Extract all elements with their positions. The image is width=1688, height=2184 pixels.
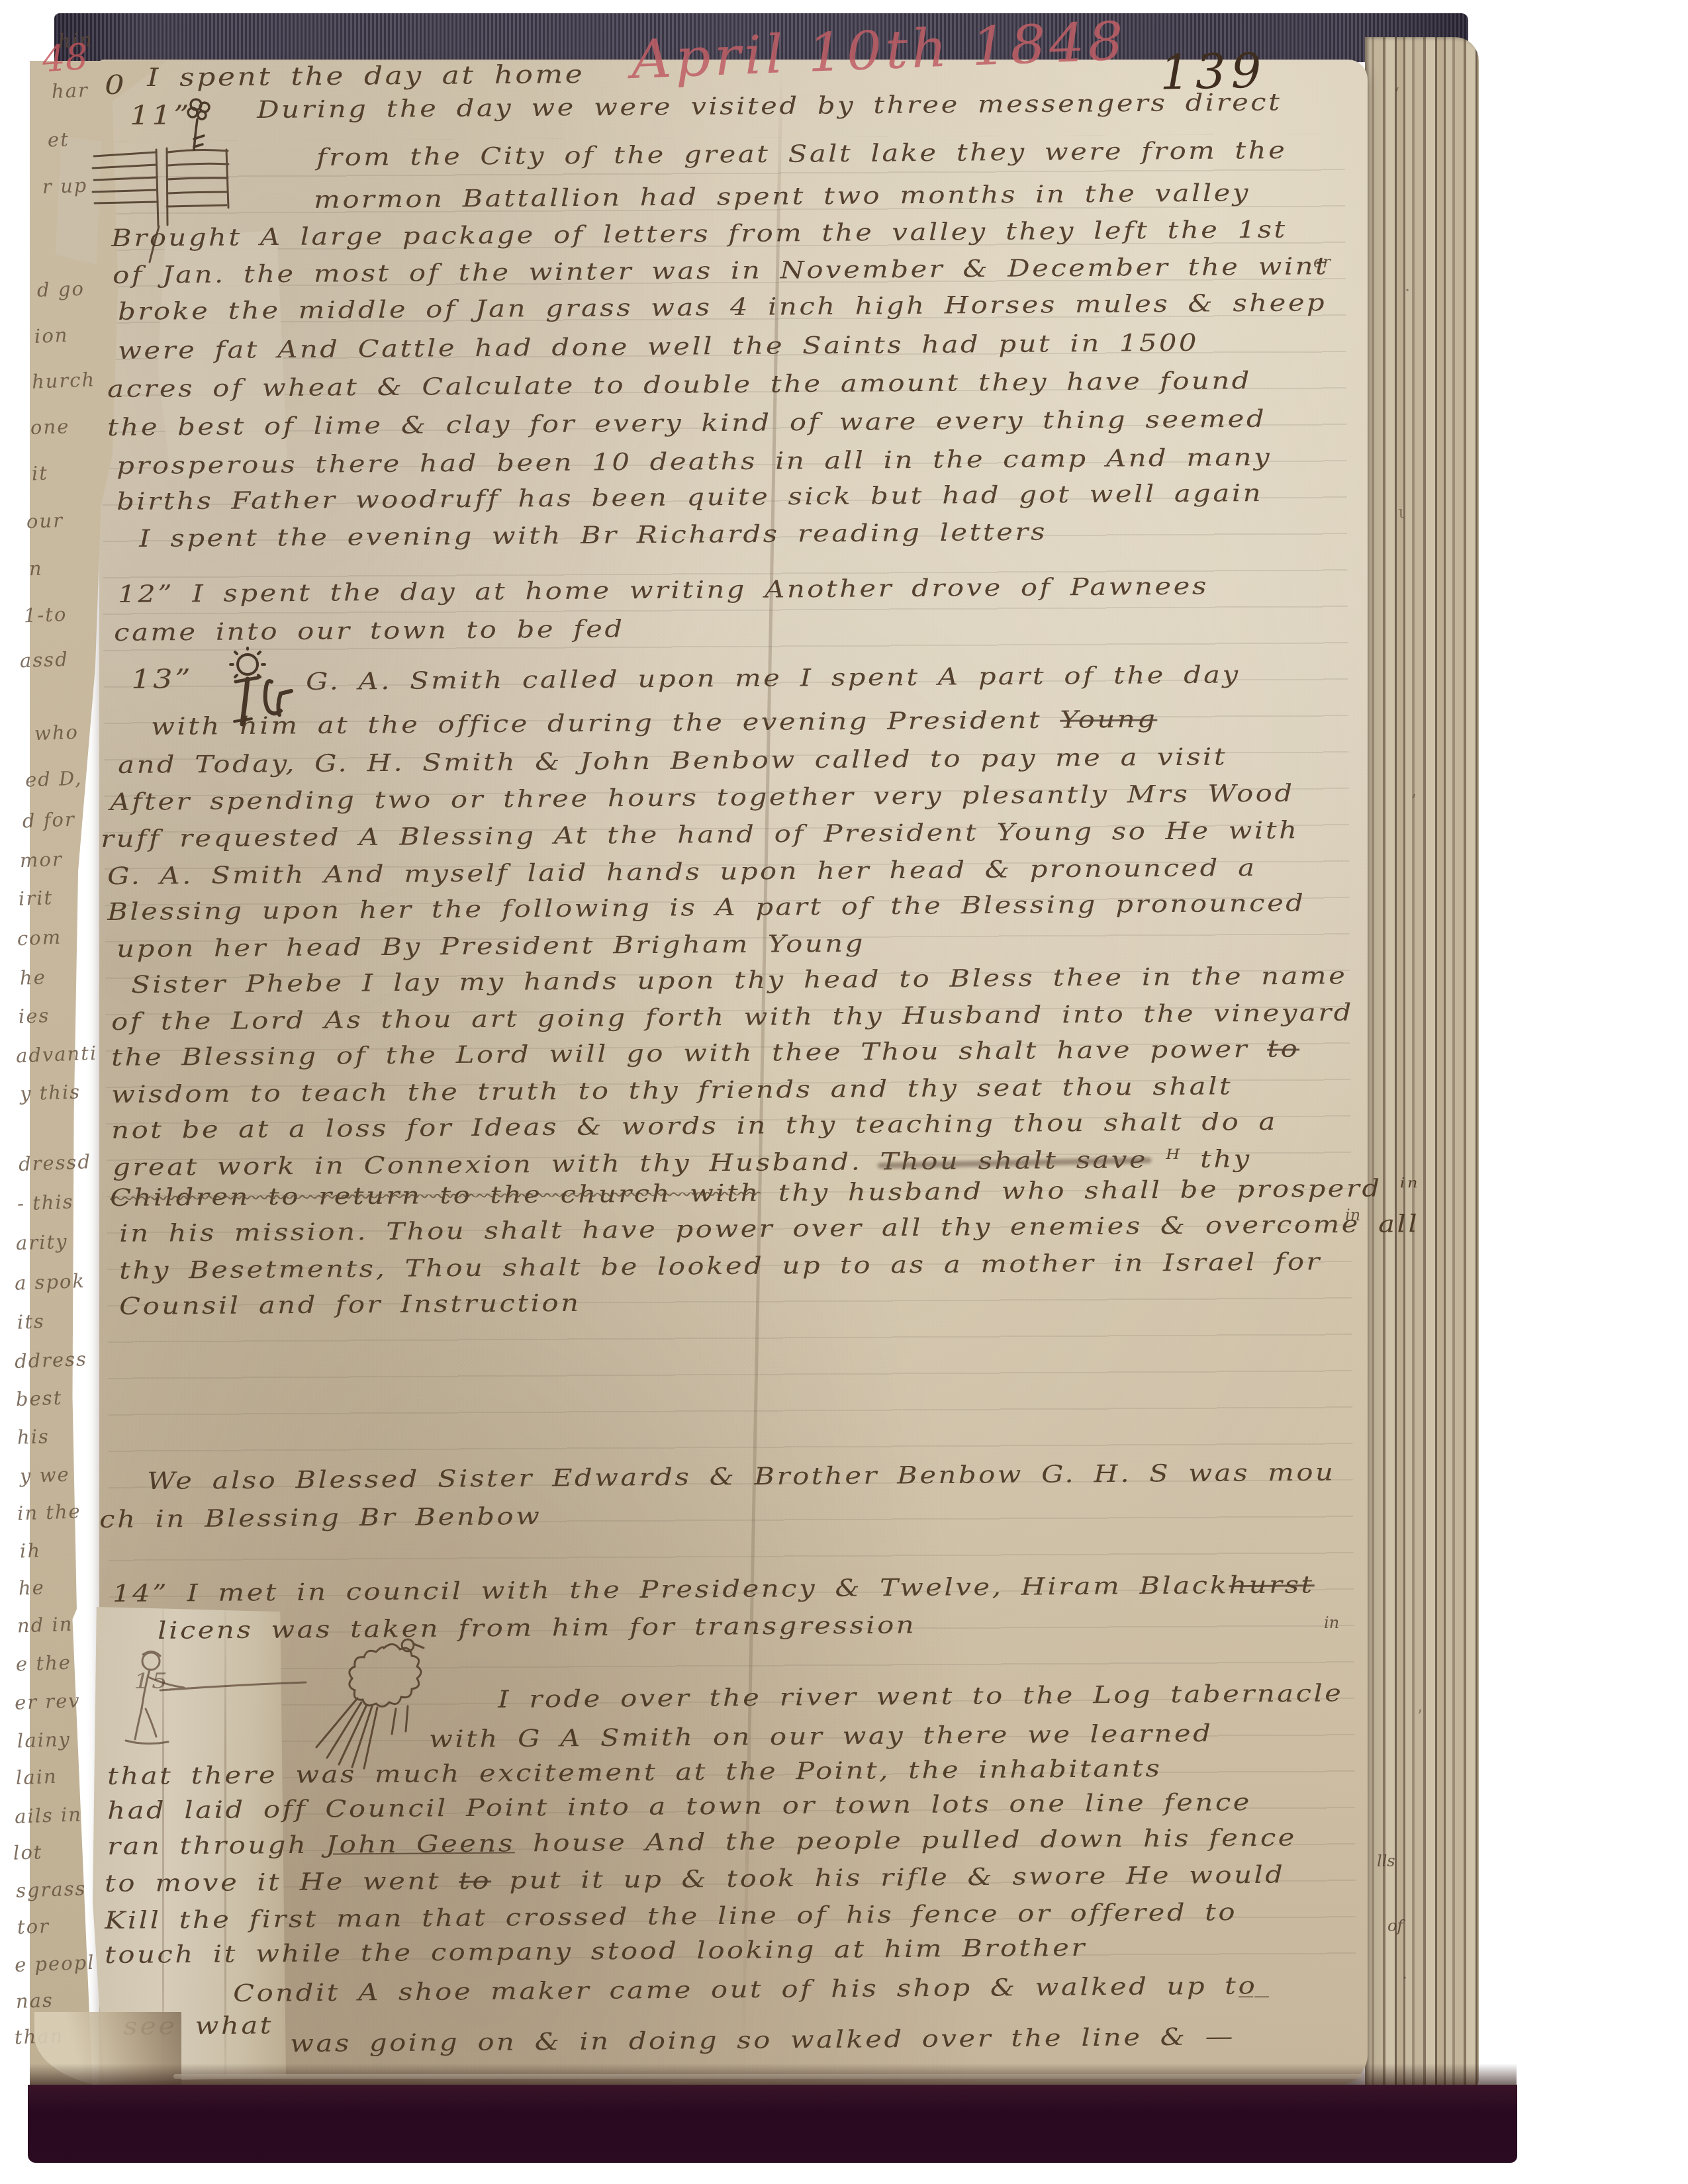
journal-line: touch it while the company stood looking… (105, 1936, 1087, 1968)
journal-line: We also Blessed Sister Edwards & Brother… (147, 1460, 1335, 1494)
journal-line: that there was much excitement at the Po… (107, 1756, 1162, 1790)
margin-word-fragment: er (1313, 253, 1331, 271)
journal-line: G. A. Smith called upon me I spent A par… (306, 662, 1241, 694)
journal-line: mormon Battallion had spent two months i… (314, 181, 1250, 212)
journal-line: the Blessing of the Lord will go with th… (111, 1036, 1299, 1070)
journal-line: from the City of the great Salt lake the… (316, 138, 1287, 171)
line-segment: to move it He went (105, 1868, 459, 1897)
margin-word-fragment: of (1387, 1917, 1403, 1935)
line-segment: great work in Connexion with thy Husband… (113, 1148, 880, 1181)
torn-page-word-fragment: e peopl (14, 1951, 95, 1976)
torn-page-word-fragment: in the (17, 1500, 81, 1524)
torn-page-word-fragment: assd (19, 648, 69, 672)
journal-line: ch in Blessing Br Benbow (99, 1504, 541, 1533)
line-segment: to (459, 1868, 491, 1895)
journal-line: Kill the first man that crossed the line… (105, 1900, 1237, 1934)
torn-page-word-fragment: er rev (14, 1689, 81, 1713)
journal-line: G. A. Smith And myself laid hands upon h… (107, 856, 1257, 889)
journal-line: ruff requested A Blessing At the hand of… (101, 818, 1299, 852)
text-layer: 0I spent the day at home11”During the da… (0, 0, 1688, 2184)
journal-line: and Today, G. H. Smith & John Benbow cal… (118, 745, 1227, 778)
journal-line: upon her head By President Brigham Young (117, 931, 865, 962)
torn-page-word-fragment: his (17, 1425, 50, 1449)
journal-line: came into our town to be fed (114, 617, 625, 646)
journal-line: Condit A shoe maker came out of his shop… (233, 1974, 1257, 2006)
torn-page-word-fragment: d go (36, 277, 85, 301)
journal-line: with G A Smith on our way there we learn… (429, 1721, 1213, 1752)
year-fragment: 48 (41, 36, 89, 81)
journal-line: 14” I met in council with the Presidency… (113, 1572, 1315, 1606)
journal-line: 11” (130, 101, 192, 130)
page-edge-ink-speck: ι (1398, 503, 1405, 523)
torn-page-word-fragment: he (19, 966, 46, 989)
page-number: 139 (1159, 43, 1267, 101)
torn-page-word-fragment: y this (19, 1080, 81, 1105)
torn-page-word-fragment: ies (18, 1004, 50, 1028)
torn-page-word-fragment: nas (15, 1989, 54, 2013)
torn-page-word-fragment: our (26, 509, 64, 533)
torn-page-word-fragment: lain (15, 1765, 58, 1789)
torn-page-word-fragment: tor (17, 1915, 50, 1938)
page-edge-ink-speck: ʻ (1394, 85, 1399, 105)
torn-page-word-fragment: - this (17, 1191, 74, 1215)
margin-word-fragment: in (1324, 1614, 1339, 1632)
margin-word-fragment: in (1345, 1206, 1360, 1224)
line-segment: with him at the office during the evenin… (151, 707, 1060, 741)
journal-line: with him at the office during the evenin… (151, 707, 1157, 740)
journal-line: wisdom to teach the truth to thy friends… (111, 1074, 1233, 1108)
line-segment: hurst (1229, 1571, 1315, 1599)
torn-page-word-fragment: dressd (18, 1150, 91, 1175)
torn-page-word-fragment: ails in (14, 1803, 82, 1828)
journal-line: births Father woodruff has been quite si… (117, 481, 1263, 515)
torn-page-word-fragment: a spok (14, 1269, 85, 1295)
journal-line: in his mission. Thou shalt have power ov… (119, 1212, 1419, 1247)
margin-word-fragment: lls (1377, 1852, 1395, 1870)
journal-line: I spent the evening with Br Richards rea… (139, 520, 1047, 552)
torn-page-word-fragment: har (51, 79, 89, 103)
torn-page-word-fragment: r up (42, 174, 87, 198)
torn-page-word-fragment: ion (34, 324, 69, 347)
line-segment: thy (1182, 1146, 1252, 1173)
page-edge-ink-speck: ʼ (1417, 1707, 1422, 1727)
journal-line: the best of lime & clay for every kind o… (107, 407, 1266, 441)
torn-page-word-fragment: e the (15, 1651, 71, 1676)
line-segment: put it up & took his rifle & swore He wo… (491, 1862, 1286, 1895)
torn-page-word-fragment: n (28, 557, 43, 580)
torn-page-word-fragment: hurch (31, 368, 95, 392)
torn-page-word-fragment: advanti (15, 1042, 97, 1067)
journal-line: 0 (105, 71, 126, 99)
line-segment: Young (1060, 706, 1157, 734)
torn-page-word-fragment: ddress (14, 1347, 87, 1373)
line-segment: thy husband who shall be prosperd (760, 1175, 1399, 1206)
torn-page-word-fragment: mor (19, 848, 63, 872)
torn-page-word-fragment: one (30, 415, 70, 439)
journal-line: not be at a loss for Ideas & words in th… (111, 1110, 1278, 1144)
journal-line: licens was taken from him for transgress… (158, 1613, 916, 1643)
torn-page-word-fragment: com (17, 926, 62, 950)
line-segment: to (1267, 1035, 1299, 1062)
line-segment: H (1166, 1146, 1182, 1162)
torn-page-word-fragment: lainy (17, 1728, 71, 1752)
line-segment: Children to return to the church with (110, 1180, 761, 1212)
page-edge-ink-speck: · (1402, 1968, 1407, 1988)
journal-line: Sister Phebe I lay my hands upon thy hea… (131, 964, 1347, 998)
journal-scan: { "meta": { "page_number": "139", "date_… (0, 0, 1688, 2184)
line-segment: John Geens (326, 1830, 515, 1858)
journal-line: Counsil and for Instruction (119, 1291, 581, 1320)
journal-line: prosperous there had been 10 deaths in a… (117, 445, 1272, 479)
journal-line: acres of wheat & Calculate to double the… (107, 369, 1252, 402)
line-segment: the Blessing of the Lord will go with th… (111, 1036, 1267, 1071)
journal-line: During the day we were visited by three … (257, 90, 1282, 122)
journal-line: had laid off Council Point into a town o… (107, 1790, 1252, 1824)
journal-line: I spent the day at home (147, 62, 585, 91)
journal-line: to move it He went to put it up & took h… (105, 1863, 1286, 1897)
journal-line: of the Lord As thou art going forth with… (111, 1001, 1354, 1035)
journal-line: 15 (134, 1670, 170, 1693)
journal-line: 13” (131, 665, 193, 694)
torn-page-word-fragment: sgrass (15, 1877, 86, 1902)
torn-page-word-fragment: ed D, (24, 767, 83, 792)
torn-page-word-fragment: nd in (17, 1613, 73, 1637)
torn-page-word-fragment: arity (15, 1230, 68, 1255)
torn-page-word-fragment: lot (13, 1841, 43, 1864)
journal-line: thy Besetments, Thou shalt be looked up … (119, 1250, 1322, 1283)
torn-page-word-fragment: he (18, 1576, 45, 1599)
torn-page-word-fragment: its (17, 1310, 45, 1333)
page-edge-ink-speck: ‚ (1411, 781, 1417, 801)
torn-page-word-fragment: 1-to (23, 603, 68, 627)
torn-page-word-fragment: ih (19, 1539, 41, 1562)
line-segment: 14” I met in council with the Presidency… (113, 1572, 1229, 1608)
journal-line: great work in Connexion with thy Husband… (113, 1147, 1252, 1181)
torn-page-word-fragment: d for (22, 808, 75, 833)
torn-page-word-fragment: who (34, 721, 79, 745)
journal-line: I rode over the river went to the Log ta… (498, 1681, 1344, 1712)
journal-line: Blessing upon her the following is A par… (107, 891, 1306, 925)
journal-line: After spending two or three hours togeth… (110, 782, 1295, 815)
journal-line: of Jan. the most of the winter was in No… (113, 254, 1329, 289)
bottom-shadow-band (28, 2085, 1517, 2163)
torn-page-word-fragment: y we (19, 1463, 70, 1488)
line-segment: in (1400, 1175, 1421, 1191)
margin-word-fragment: —— (1238, 1987, 1270, 2005)
line-segment: ran through (107, 1832, 326, 1860)
line-segment: Thou shalt save (880, 1146, 1148, 1175)
torn-page-word-fragment: irit (18, 886, 53, 910)
torn-page-word-fragment: it (31, 462, 48, 485)
journal-line: ran through John Geens house And the peo… (107, 1825, 1297, 1859)
journal-line: broke the middle of Jan grass was 4 inch… (118, 291, 1327, 325)
torn-page-word-fragment: best (15, 1387, 62, 1410)
line-segment: house And the people pulled down his fen… (515, 1824, 1297, 1857)
journal-line: Brought A large package of letters from … (111, 218, 1288, 251)
journal-line: Children to return to the church with th… (110, 1176, 1420, 1211)
journal-line: were fat And Cattle had done well the Sa… (118, 331, 1199, 364)
torn-page-word-fragment: et (47, 128, 70, 151)
journal-line: was going on & in doing so walked over t… (290, 2025, 1235, 2057)
page-edge-ink-speck: · (1405, 281, 1410, 300)
journal-line: 12” I spent the day at home writing Anot… (118, 574, 1209, 608)
